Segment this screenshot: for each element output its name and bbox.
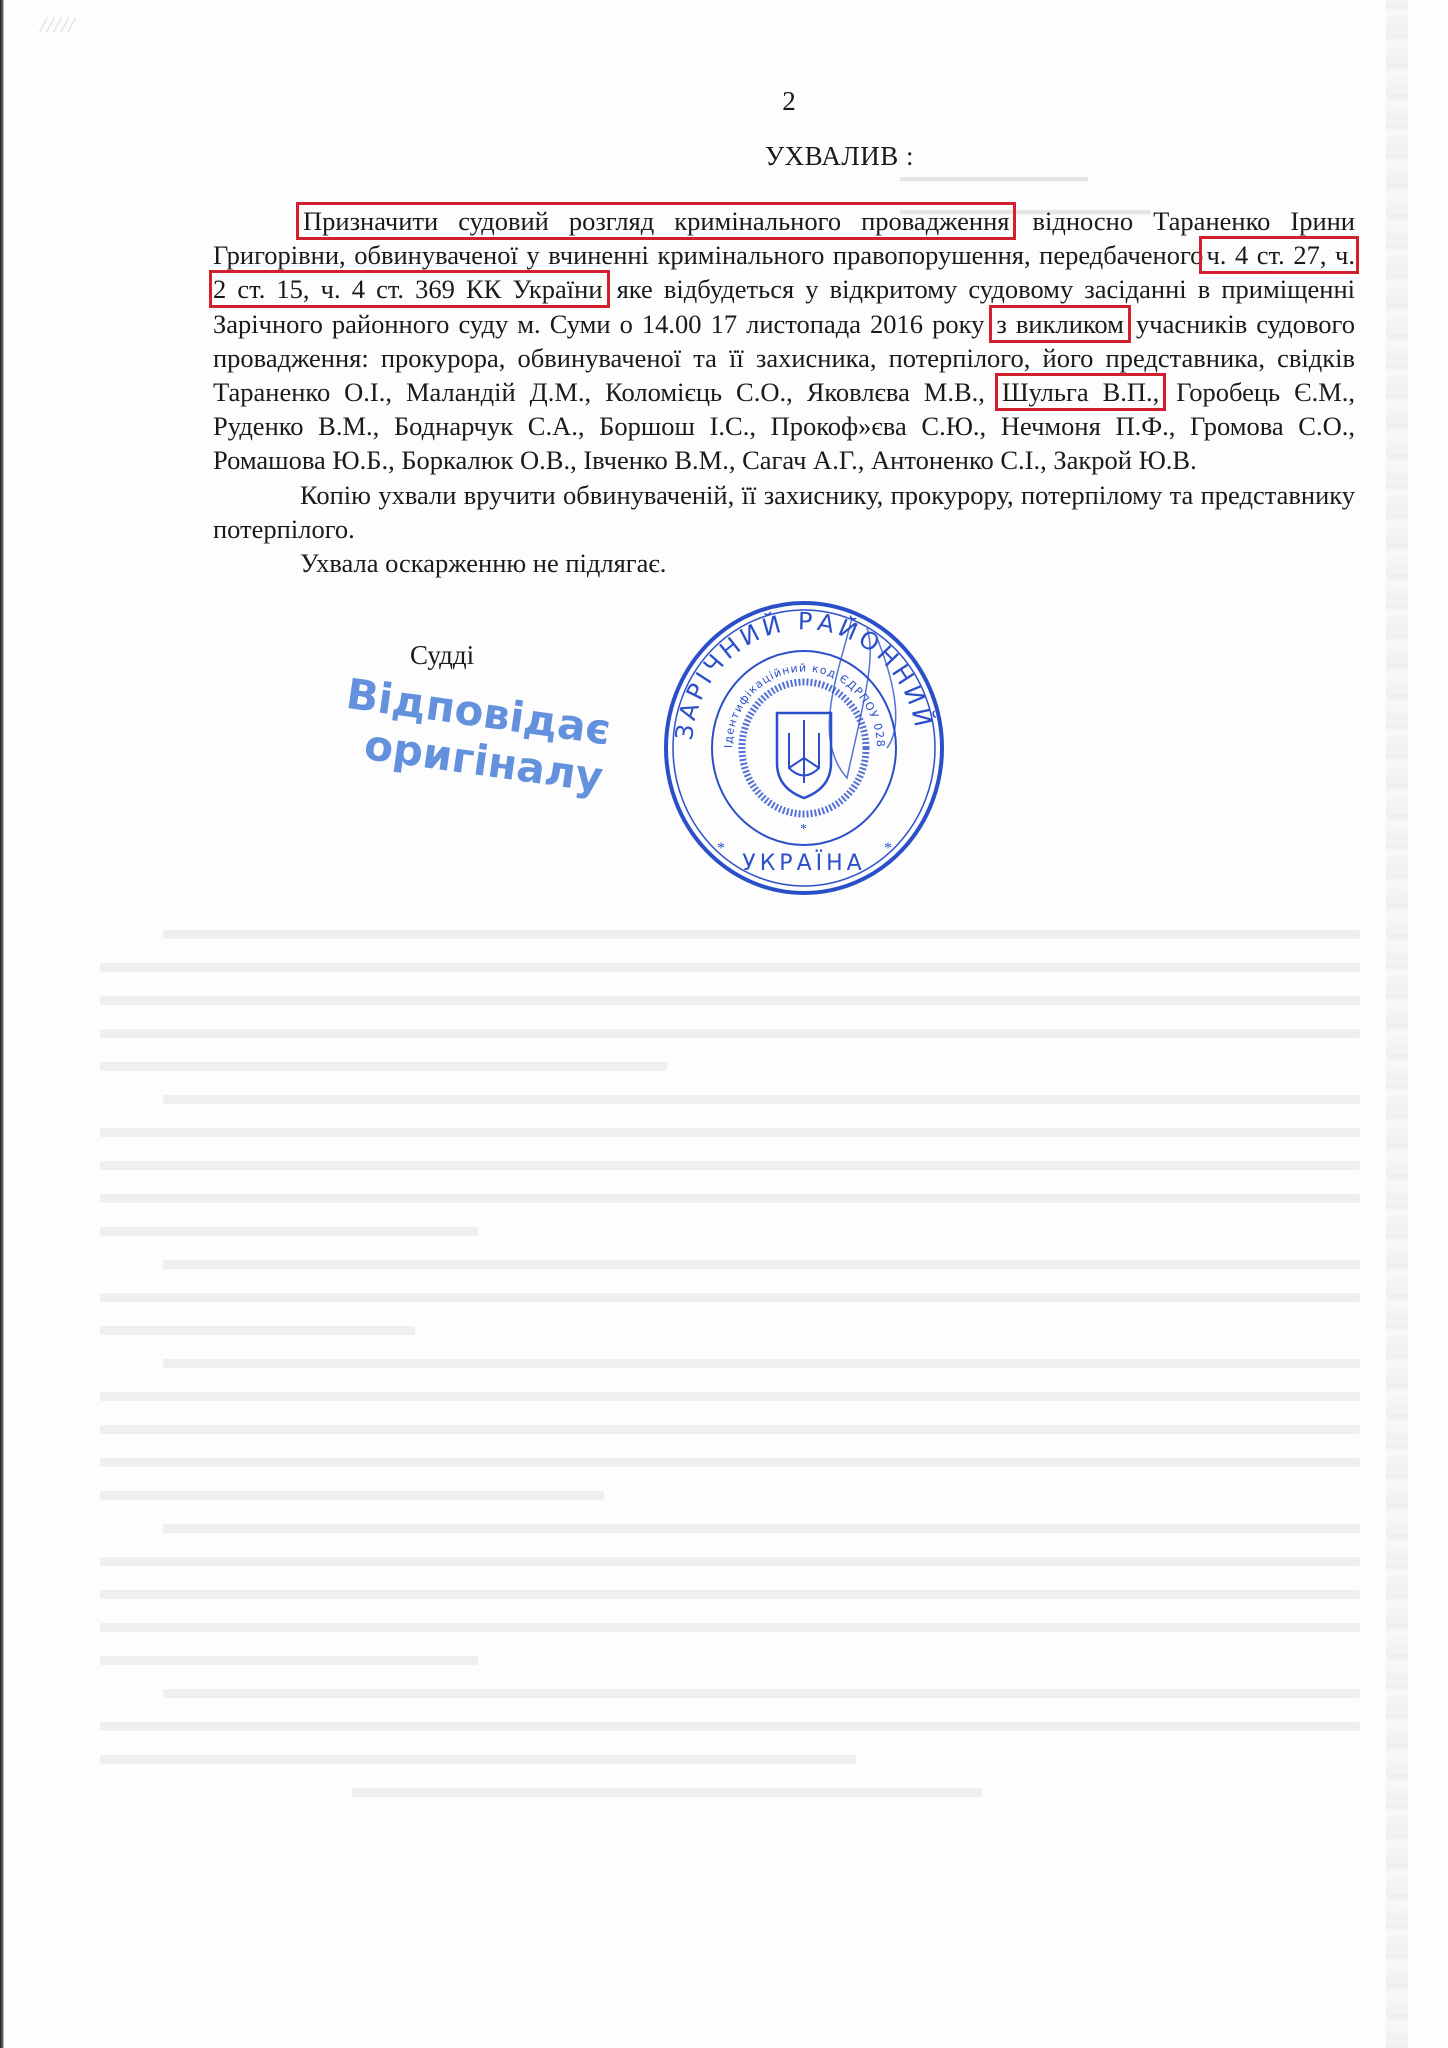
judges-signature-label: Судді bbox=[410, 640, 474, 671]
svg-text:УКРАЇНА: УКРАЇНА bbox=[742, 850, 865, 876]
faint-corner-mark: ///// bbox=[40, 12, 160, 42]
scan-shadow bbox=[1386, 0, 1408, 2048]
highlight-box-trial: Призначити судовий розгляд кримінального… bbox=[300, 206, 1012, 236]
certified-copy-stamp: Відповідає оригіналу bbox=[337, 670, 647, 807]
paragraph-not-appealable: Ухвала оскарженню не підлягає. bbox=[213, 546, 1355, 580]
bleed-through-reverse-side bbox=[100, 930, 1360, 1821]
scan-edge bbox=[0, 0, 4, 2048]
paragraph-copy-delivery: Копію ухвали вручити обвинуваченій, її з… bbox=[213, 478, 1355, 546]
svg-text:*: * bbox=[800, 822, 807, 837]
bleed-through-case-number: ━━━━━━━━━━━━ bbox=[900, 165, 1088, 195]
court-seal-icon: ЗАРІЧНИЙ РАЙОННИЙ СУД М. СУМИ Ідентифіка… bbox=[662, 598, 947, 898]
highlight-box-summons: з викликом bbox=[993, 309, 1127, 339]
page-number: 2 bbox=[0, 86, 1448, 117]
svg-text:*: * bbox=[884, 840, 892, 857]
highlight-box-witness: Шульга В.П., bbox=[999, 377, 1162, 407]
paragraph-trial-scheduling: Призначити судовий розгляд кримінального… bbox=[213, 204, 1355, 478]
decision-body: Призначити судовий розгляд кримінального… bbox=[213, 204, 1355, 580]
svg-text:*: * bbox=[717, 840, 725, 857]
decision-heading: УХВАЛИВ : bbox=[765, 141, 914, 172]
